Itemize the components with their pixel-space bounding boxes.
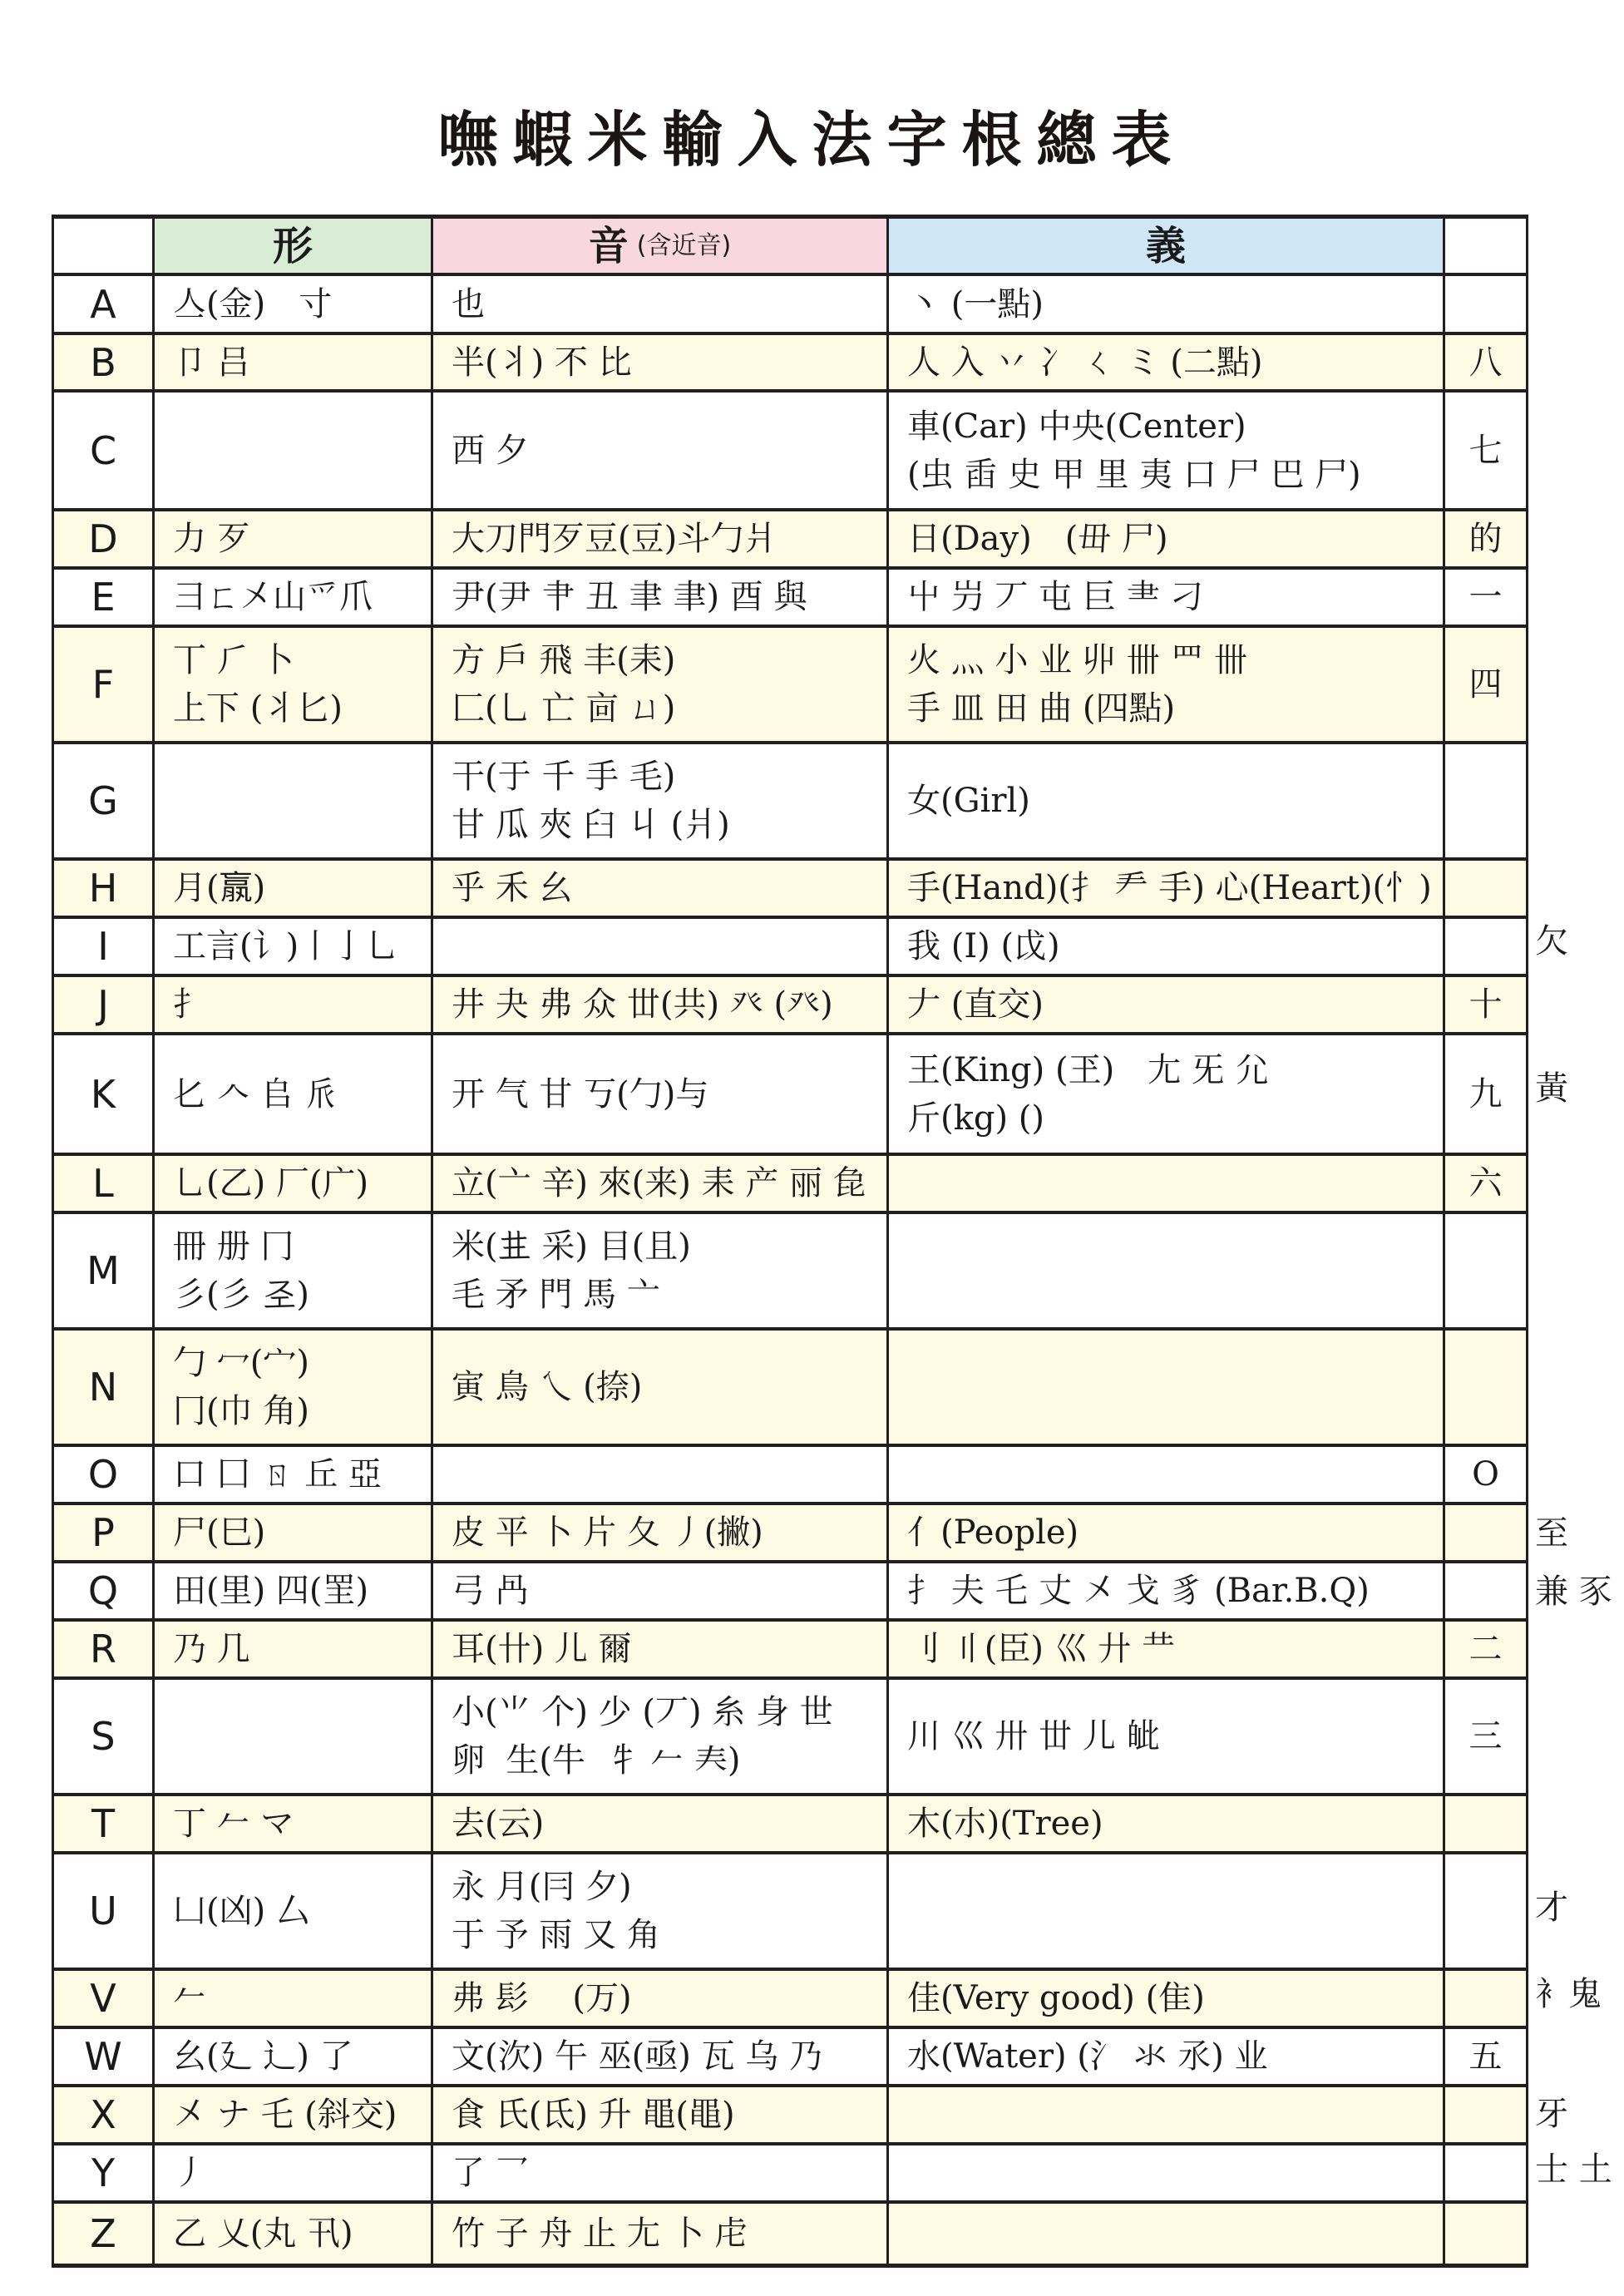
extra-cell [1445, 2145, 1526, 2200]
meaning-cell-line: 日(Day) (毌 尸) [907, 515, 1443, 563]
extra-cell: 六 [1445, 1156, 1526, 1211]
table-row: U凵(凶) 厶永 月(冃 夕)于 予 雨 又 角 [54, 1854, 1526, 1971]
meaning-cell-line: 木(朩)(Tree) [907, 1800, 1443, 1848]
shape-cell-line: 力 歹 [173, 515, 431, 563]
shape-cell: 月(𣎆) [155, 861, 433, 916]
shape-cell [155, 1680, 433, 1793]
sound-cell-line: 永 月(冃 夕) [452, 1863, 886, 1911]
shape-cell: 幺(廴 辶) 了 [155, 2029, 433, 2084]
meaning-cell: 刂 〢(臣) 巛 廾 龷 [889, 1622, 1445, 1676]
meaning-cell: 𠂇 (直交) [889, 977, 1445, 1032]
meaning-cell [889, 1854, 1445, 1968]
meaning-cell: 我 (I) (戉) [889, 919, 1445, 974]
table-row: R乃 几耳(卄) 儿 爾刂 〢(臣) 巛 廾 龷二 [54, 1622, 1526, 1680]
sound-cell-line: 尹(尹 肀 丑 聿 聿) 酉 與 [452, 573, 886, 621]
key-letter: Z [54, 2204, 155, 2264]
header-sound: 音 (含近音) [433, 219, 889, 273]
key-letter: L [54, 1156, 155, 1211]
shape-cell-line: 月(𣎆) [173, 864, 431, 912]
shape-cell-line: 乃 几 [173, 1625, 431, 1673]
shape-cell-line: 凵(凶) 厶 [173, 1887, 431, 1935]
meaning-cell-line: 車(Car) 中央(Center) [907, 402, 1443, 451]
sound-cell-line: 竹 子 舟 止 尢 卜 虍 [452, 2210, 886, 2258]
shape-cell-line: 彡(彡 𢀖) [173, 1271, 431, 1319]
side-note: 兼 豕 [1535, 1573, 1612, 1610]
shape-cell-line: 㐅 ナ 乇 (斜交) [173, 2091, 431, 2139]
meaning-cell [889, 2204, 1445, 2264]
meaning-cell: 屮 屶 丆 屯 巨 ⺻ 刁 [889, 570, 1445, 625]
key-letter: R [54, 1622, 155, 1676]
sound-cell: 西 夕 [433, 393, 889, 508]
key-letter: M [54, 1214, 155, 1327]
header-key [54, 219, 155, 273]
shape-cell [155, 393, 433, 508]
sound-cell: 永 月(冃 夕)于 予 雨 又 角 [433, 1854, 889, 1968]
meaning-cell [889, 1156, 1445, 1211]
meaning-cell-line: 扌 夫 乇 丈 㐅 戈 豸 (Bar.B.Q) [907, 1567, 1443, 1615]
sound-cell-line: 井 夬 弗 众 丗(共) 癶 (癶) [452, 980, 886, 1029]
shape-cell-line: 丅 ⺁ 卜 [173, 636, 431, 684]
sound-cell: 井 夬 弗 众 丗(共) 癶 (癶) [433, 977, 889, 1032]
page-title: 嘸蝦米輸入法字根總表 [0, 91, 1624, 178]
meaning-cell-line: 丶 (一點) [907, 280, 1443, 328]
sound-cell-line: 西 夕 [452, 427, 886, 475]
table-row: P尸(巳)皮 平 卜 片 夂 丿(撇)亻(People) [54, 1505, 1526, 1563]
sound-cell: 尹(尹 肀 丑 聿 聿) 酉 與 [433, 570, 889, 625]
table-row: B卩 吕半(丬) 不 比人 入 丷 冫 ㄑ ミ (二點)八 [54, 335, 1526, 393]
sound-cell-line: 也 [452, 280, 886, 328]
sound-cell-line: 弓 冎 [452, 1567, 886, 1615]
sound-cell-line: 小(⺌ 个) 少 (丆) 糸 身 世 [452, 1688, 886, 1736]
table-row: V𠂉弗 髟 (万)佳(Very good) (隹) [54, 1971, 1526, 2029]
meaning-cell: 亻(People) [889, 1505, 1445, 1560]
shape-cell: 亼(金) 寸 [155, 276, 433, 332]
sound-cell: 耳(卄) 儿 爾 [433, 1622, 889, 1676]
key-letter: D [54, 511, 155, 566]
shape-cell-line: 工言(讠)丨亅乚 [173, 922, 431, 970]
sound-cell: 竹 子 舟 止 尢 卜 虍 [433, 2204, 889, 2264]
key-letter: I [54, 919, 155, 974]
sound-cell [433, 919, 889, 974]
shape-cell-line: 𠤎 𠆢 𠂤 𠂢 [173, 1070, 431, 1118]
table-row: D力 歹大刀門歹豆(豆)斗勹爿日(Day) (毌 尸)的 [54, 511, 1526, 570]
meaning-cell-line: 水(Water) (氵 氺 氶) 业 [907, 2032, 1443, 2081]
sound-cell: 弓 冎 [433, 1563, 889, 1618]
meaning-cell-line: 火 灬 小 业 丱 卌 罒 卌 [907, 636, 1443, 684]
sound-cell: 皮 平 卜 片 夂 丿(撇) [433, 1505, 889, 1560]
shape-cell-line: 冂(巾 角) [173, 1387, 431, 1435]
sound-cell-line: 皮 平 卜 片 夂 丿(撇) [452, 1508, 886, 1557]
table-row: Z乙 乂(丸 卂)竹 子 舟 止 尢 卜 虍 [54, 2204, 1526, 2264]
key-letter: C [54, 393, 155, 508]
header-shape: 形 [155, 219, 433, 273]
key-letter: V [54, 1971, 155, 2026]
meaning-cell [889, 1447, 1445, 1502]
key-letter: Q [54, 1563, 155, 1618]
extra-cell: 十 [1445, 977, 1526, 1032]
table-row: F丅 ⺁ 卜上下 (丬匕)方 戶 飛 丰(耒)匚(乚 亡 㐭 ㄩ)火 灬 小 业… [54, 628, 1526, 744]
header-meaning-label: 義 [1146, 222, 1186, 270]
table-row: T丁 𠂉 マ去(云)木(朩)(Tree) [54, 1796, 1526, 1854]
table-row: M冊 册 冂彡(彡 𢀖)米(𠀎 采) 目(且)毛 矛 門 馬 亠 [54, 1214, 1526, 1331]
sound-cell-line: 卵 𡕒 生(牛 𠂒 牜 𠂉 𡗗) [452, 1736, 886, 1785]
shape-cell: 丁 𠂉 マ [155, 1796, 433, 1851]
meaning-cell: 火 灬 小 业 丱 卌 罒 卌手 皿 田 曲 (四點) [889, 628, 1445, 741]
sound-cell: 小(⺌ 个) 少 (丆) 糸 身 世卵 𡕒 生(牛 𠂒 牜 𠂉 𡗗) [433, 1680, 889, 1793]
key-letter: H [54, 861, 155, 916]
extra-cell [1445, 1796, 1526, 1851]
shape-cell: 勹 冖(宀)冂(巾 角) [155, 1331, 433, 1444]
meaning-cell-line: 王(King) (玊) 尢 旡 尣 [907, 1046, 1443, 1094]
shape-cell-line: 勹 冖(宀) [173, 1339, 431, 1387]
shape-cell: 凵(凶) 厶 [155, 1854, 433, 1968]
table-row: J扌井 夬 弗 众 丗(共) 癶 (癶)𠂇 (直交)十 [54, 977, 1526, 1035]
shape-cell: 尸(巳) [155, 1505, 433, 1560]
sound-cell: 弗 髟 (万) [433, 1971, 889, 2026]
meaning-cell-line: 刂 〢(臣) 巛 廾 龷 [907, 1625, 1443, 1673]
shape-cell-line: 冊 册 冂 [173, 1222, 431, 1271]
sound-cell-line: 匚(乚 亡 㐭 ㄩ) [452, 684, 886, 733]
sound-cell-line: 乎 禾 幺 [452, 864, 886, 912]
sound-cell: 乎 禾 幺 [433, 861, 889, 916]
shape-cell: 乚(乙) 厂(广) [155, 1156, 433, 1211]
meaning-cell: 車(Car) 中央(Center)(虫 臿 史 甲 里 夷 口 尸 巴 尸) [889, 393, 1445, 508]
table-row: I工言(讠)丨亅乚我 (I) (戉) [54, 919, 1526, 977]
extra-cell [1445, 1214, 1526, 1327]
meaning-cell [889, 2087, 1445, 2142]
shape-cell: 丿 [155, 2145, 433, 2200]
table-row: S小(⺌ 个) 少 (丆) 糸 身 世卵 𡕒 生(牛 𠂒 牜 𠂉 𡗗)川 巛 卅… [54, 1680, 1526, 1796]
extra-cell [1445, 1505, 1526, 1560]
meaning-cell-line: 亻(People) [907, 1508, 1443, 1557]
shape-cell: 㐅 ナ 乇 (斜交) [155, 2087, 433, 2142]
table-header: 形 音 (含近音) 義 [54, 219, 1526, 276]
table-row: E彐ㄈ㐅山爫爪尹(尹 肀 丑 聿 聿) 酉 與屮 屶 丆 屯 巨 ⺻ 刁一 [54, 570, 1526, 628]
sound-cell: 文(㳄) 午 巫(亟) 瓦 乌 乃 [433, 2029, 889, 2084]
sound-cell-line: 于 予 雨 又 角 [452, 1911, 886, 1959]
key-letter: G [54, 744, 155, 857]
meaning-cell-line: 女(Girl) [907, 777, 1443, 825]
header-sound-note: (含近音) [637, 222, 731, 270]
meaning-cell: 扌 夫 乇 丈 㐅 戈 豸 (Bar.B.Q) [889, 1563, 1445, 1618]
extra-cell: 九 [1445, 1035, 1526, 1153]
meaning-cell [889, 1214, 1445, 1327]
shape-cell-line: 乚(乙) 厂(广) [173, 1159, 431, 1207]
shape-cell-line: 扌 [173, 980, 431, 1029]
shape-cell: 丅 ⺁ 卜上下 (丬匕) [155, 628, 433, 741]
header-meaning: 義 [889, 219, 1445, 273]
sound-cell-line: 弗 髟 (万) [452, 1974, 886, 2022]
table-row: C西 夕車(Car) 中央(Center)(虫 臿 史 甲 里 夷 口 尸 巴 … [54, 393, 1526, 511]
extra-cell [1445, 919, 1526, 974]
sound-cell-line: 食 氏(氐) 升 黽(黽) [452, 2091, 886, 2139]
table-row: G干(于 千 手 毛)甘 瓜 夾 臼 丩 (爿)女(Girl) [54, 744, 1526, 861]
key-letter: Y [54, 2145, 155, 2200]
key-letter: E [54, 570, 155, 625]
shape-cell-line: 田(里) 四(罜) [173, 1567, 431, 1615]
key-letter: K [54, 1035, 155, 1153]
sound-cell-line: 毛 矛 門 馬 亠 [452, 1271, 886, 1319]
sound-cell-line: 米(𠀎 采) 目(且) [452, 1222, 886, 1271]
side-note: 欠 [1535, 923, 1568, 960]
extra-cell: O [1445, 1447, 1526, 1502]
meaning-cell-line: 屮 屶 丆 屯 巨 ⺻ 刁 [907, 573, 1443, 621]
sound-cell-line: 干(于 千 手 毛) [452, 753, 886, 801]
header-extra [1445, 219, 1526, 273]
key-letter: W [54, 2029, 155, 2084]
shape-cell: 冊 册 冂彡(彡 𢀖) [155, 1214, 433, 1327]
sound-cell-line: 开 气 甘 丂(勹)与 [452, 1070, 886, 1118]
shape-cell-line: 丿 [173, 2149, 431, 2197]
sound-cell: 去(云) [433, 1796, 889, 1851]
sound-cell: 米(𠀎 采) 目(且)毛 矛 門 馬 亠 [433, 1214, 889, 1327]
shape-cell-line: 卩 吕 [173, 338, 431, 387]
sound-cell: 大刀門歹豆(豆)斗勹爿 [433, 511, 889, 566]
meaning-cell-line: 我 (I) (戉) [907, 922, 1443, 970]
meaning-cell-line: 手(Hand)(扌 龵 手) 心(Heart)(忄) [907, 864, 1443, 912]
sound-cell: 也 [433, 276, 889, 332]
meaning-cell-line: 人 入 丷 冫 ㄑ ミ (二點) [907, 338, 1443, 387]
table-row: Q田(里) 四(罜)弓 冎扌 夫 乇 丈 㐅 戈 豸 (Bar.B.Q) [54, 1563, 1526, 1622]
sound-cell: 开 气 甘 丂(勹)与 [433, 1035, 889, 1153]
key-letter: X [54, 2087, 155, 2142]
shape-cell [155, 744, 433, 857]
shape-cell: 扌 [155, 977, 433, 1032]
shape-cell: 乃 几 [155, 1622, 433, 1676]
meaning-cell: 手(Hand)(扌 龵 手) 心(Heart)(忄) [889, 861, 1445, 916]
extra-cell [1445, 2087, 1526, 2142]
table-row: X㐅 ナ 乇 (斜交)食 氏(氐) 升 黽(黽) [54, 2087, 1526, 2145]
meaning-cell-line: 川 巛 卅 丗 儿 皉 [907, 1712, 1443, 1760]
meaning-cell [889, 2145, 1445, 2200]
shape-cell: 𠂉 [155, 1971, 433, 2026]
meaning-cell-line: 佳(Very good) (隹) [907, 1974, 1443, 2022]
sound-cell: 寅 鳥 乀 (捺) [433, 1331, 889, 1444]
header-sound-label: 音 [589, 222, 629, 270]
sound-cell-line: 立(亠 辛) 來(来) 耒 产 丽 㲋 [452, 1159, 886, 1207]
meaning-cell: 丶 (一點) [889, 276, 1445, 332]
meaning-cell: 女(Girl) [889, 744, 1445, 857]
shape-cell-line: 乙 乂(丸 卂) [173, 2210, 431, 2258]
key-letter: J [54, 977, 155, 1032]
sound-cell: 半(丬) 不 比 [433, 335, 889, 389]
header-shape-label: 形 [273, 222, 313, 270]
side-note: 士 土 [1535, 2151, 1612, 2188]
sound-cell-line: 甘 瓜 夾 臼 丩 (爿) [452, 801, 886, 849]
shape-cell: 工言(讠)丨亅乚 [155, 919, 433, 974]
table-row: A亼(金) 寸也丶 (一點) [54, 276, 1526, 335]
side-note: 黃 [1535, 1070, 1568, 1107]
table-row: H月(𣎆)乎 禾 幺手(Hand)(扌 龵 手) 心(Heart)(忄) [54, 861, 1526, 919]
shape-cell: 乙 乂(丸 卂) [155, 2204, 433, 2264]
extra-cell: 三 [1445, 1680, 1526, 1793]
side-note: 衤鬼 [1535, 1976, 1602, 2012]
extra-cell: 一 [1445, 570, 1526, 625]
meaning-cell: 水(Water) (氵 氺 氶) 业 [889, 2029, 1445, 2084]
shape-cell-line: 丁 𠂉 マ [173, 1800, 431, 1848]
table-row: O口 囗 ㄖ 丘 亞O [54, 1447, 1526, 1505]
shape-cell-line: 口 囗 ㄖ 丘 亞 [173, 1450, 431, 1499]
meaning-cell: 佳(Very good) (隹) [889, 1971, 1445, 2026]
sound-cell-line: 半(丬) 不 比 [452, 338, 886, 387]
sound-cell-line: 耳(卄) 儿 爾 [452, 1625, 886, 1673]
sound-cell: 食 氏(氐) 升 黽(黽) [433, 2087, 889, 2142]
sound-cell: 干(于 千 手 毛)甘 瓜 夾 臼 丩 (爿) [433, 744, 889, 857]
table-row: K𠤎 𠆢 𠂤 𠂢开 气 甘 丂(勹)与王(King) (玊) 尢 旡 尣斤(kg… [54, 1035, 1526, 1156]
table-row: W幺(廴 辶) 了文(㳄) 午 巫(亟) 瓦 乌 乃水(Water) (氵 氺 … [54, 2029, 1526, 2087]
key-letter: F [54, 628, 155, 741]
table-row: Y丿了 乛 [54, 2145, 1526, 2204]
shape-cell-line: 亼(金) 寸 [173, 280, 431, 328]
sound-cell: 立(亠 辛) 來(来) 耒 产 丽 㲋 [433, 1156, 889, 1211]
extra-cell [1445, 1563, 1526, 1618]
side-note: 才 [1535, 1889, 1568, 1926]
meaning-cell [889, 1331, 1445, 1444]
meaning-cell: 王(King) (玊) 尢 旡 尣斤(kg) (𣂔) [889, 1035, 1445, 1153]
extra-cell [1445, 276, 1526, 332]
key-letter: O [54, 1447, 155, 1502]
extra-cell [1445, 1971, 1526, 2026]
sound-cell-line: 方 戶 飛 丰(耒) [452, 636, 886, 684]
shape-cell: 力 歹 [155, 511, 433, 566]
shape-cell: 卩 吕 [155, 335, 433, 389]
sound-cell-line: 寅 鳥 乀 (捺) [452, 1363, 886, 1411]
extra-cell: 八 [1445, 335, 1526, 389]
sound-cell: 了 乛 [433, 2145, 889, 2200]
key-letter: T [54, 1796, 155, 1851]
shape-cell-line: 上下 (丬匕) [173, 684, 431, 733]
extra-cell [1445, 744, 1526, 857]
meaning-cell: 日(Day) (毌 尸) [889, 511, 1445, 566]
shape-cell-line: 幺(廴 辶) 了 [173, 2032, 431, 2081]
shape-cell: 彐ㄈ㐅山爫爪 [155, 570, 433, 625]
meaning-cell-line: 𠂇 (直交) [907, 980, 1443, 1029]
extra-cell: 七 [1445, 393, 1526, 508]
key-letter: S [54, 1680, 155, 1793]
shape-cell: 田(里) 四(罜) [155, 1563, 433, 1618]
extra-cell [1445, 1854, 1526, 1968]
sound-cell-line: 大刀門歹豆(豆)斗勹爿 [452, 515, 886, 563]
meaning-cell: 川 巛 卅 丗 儿 皉 [889, 1680, 1445, 1793]
extra-cell [1445, 2204, 1526, 2264]
side-note: 牙 [1535, 2096, 1568, 2132]
table-row: N勹 冖(宀)冂(巾 角)寅 鳥 乀 (捺) [54, 1331, 1526, 1447]
extra-cell [1445, 1331, 1526, 1444]
extra-cell: 四 [1445, 628, 1526, 741]
meaning-cell: 木(朩)(Tree) [889, 1796, 1445, 1851]
sound-cell-line: 文(㳄) 午 巫(亟) 瓦 乌 乃 [452, 2032, 886, 2081]
extra-cell: 的 [1445, 511, 1526, 566]
shape-cell: 口 囗 ㄖ 丘 亞 [155, 1447, 433, 1502]
meaning-cell: 人 入 丷 冫 ㄑ ミ (二點) [889, 335, 1445, 389]
key-letter: N [54, 1331, 155, 1444]
sound-cell-line: 去(云) [452, 1800, 886, 1848]
shape-cell: 𠤎 𠆢 𠂤 𠂢 [155, 1035, 433, 1153]
meaning-cell-line: (虫 臿 史 甲 里 夷 口 尸 巴 尸) [907, 451, 1443, 499]
extra-cell: 二 [1445, 1622, 1526, 1676]
extra-cell: 五 [1445, 2029, 1526, 2084]
key-letter: P [54, 1505, 155, 1560]
sound-cell: 方 戶 飛 丰(耒)匚(乚 亡 㐭 ㄩ) [433, 628, 889, 741]
sound-cell-line: 了 乛 [452, 2149, 886, 2197]
key-letter: A [54, 276, 155, 332]
shape-cell-line: 彐ㄈ㐅山爫爪 [173, 573, 431, 621]
side-note: 至 [1535, 1515, 1568, 1552]
meaning-cell-line: 斤(kg) (𣂔) [907, 1094, 1443, 1143]
radical-table: 形 音 (含近音) 義 A亼(金) 寸也丶 (一點)B卩 吕半(丬) 不 比人 … [52, 215, 1528, 2268]
sound-cell [433, 1447, 889, 1502]
shape-cell-line: 尸(巳) [173, 1508, 431, 1557]
key-letter: U [54, 1854, 155, 1968]
table-row: L乚(乙) 厂(广)立(亠 辛) 來(来) 耒 产 丽 㲋六 [54, 1156, 1526, 1214]
extra-cell [1445, 861, 1526, 916]
shape-cell-line: 𠂉 [173, 1974, 431, 2022]
meaning-cell-line: 手 皿 田 曲 (四點) [907, 684, 1443, 733]
key-letter: B [54, 335, 155, 389]
